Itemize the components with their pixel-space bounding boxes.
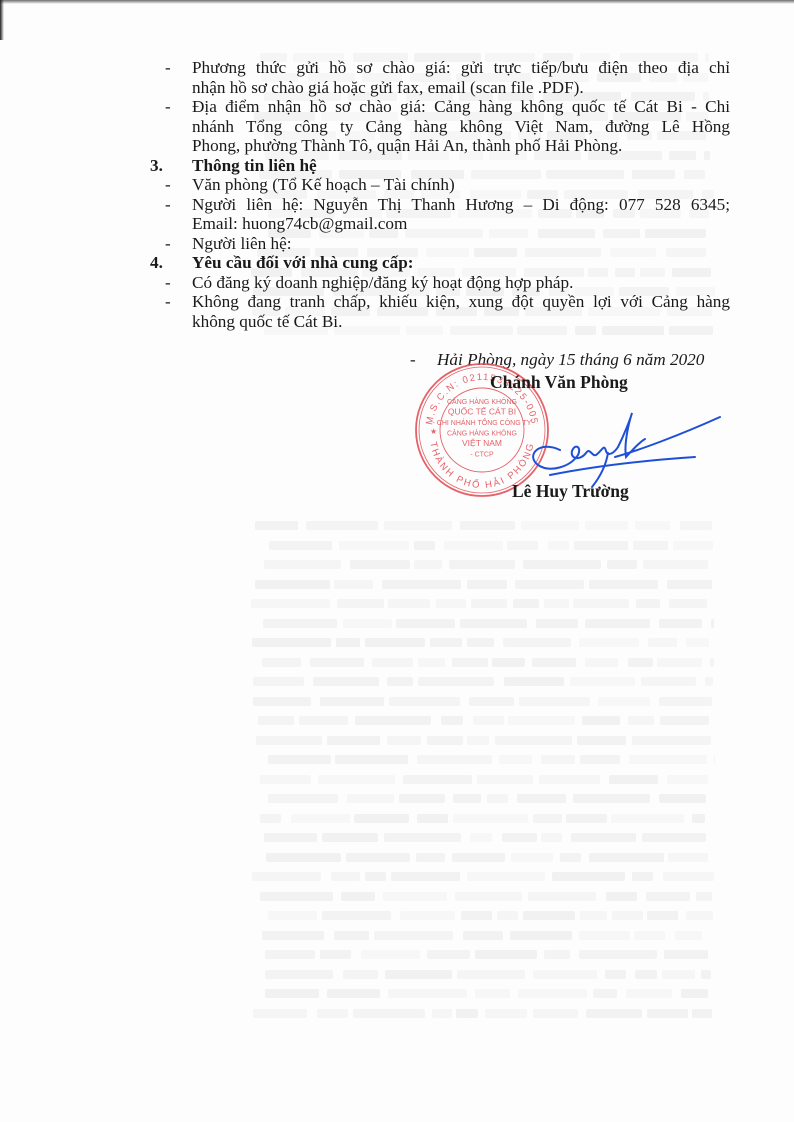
paragraph-line: Phương thức gửi hồ sơ chào giá: gửi trực… — [192, 58, 730, 78]
document-page: - Phương thức gửi hồ sơ chào giá: gửi tr… — [0, 0, 794, 1122]
bullet-mark: - — [165, 97, 171, 117]
paragraph-line: Không đang tranh chấp, khiếu kiện, xung … — [192, 292, 730, 312]
svg-text:VIỆT NAM: VIỆT NAM — [462, 438, 502, 448]
bullet-mark: - — [165, 234, 171, 254]
svg-text:CẢNG HÀNG KHÔNG: CẢNG HÀNG KHÔNG — [447, 397, 517, 406]
contact-email: Email: huong74cb@gmail.com — [192, 214, 407, 234]
bullet-mark: - — [165, 175, 171, 195]
section-heading: Thông tin liên hệ — [192, 156, 317, 176]
paragraph-line: nhánh Tổng công ty Cảng hàng không Việt … — [192, 117, 730, 137]
section-number: 3. — [150, 156, 163, 176]
bullet-mark: - — [165, 273, 171, 293]
paragraph-line: nhận hồ sơ chào giá hoặc gửi fax, email … — [192, 78, 584, 98]
paragraph-line: Người liên hệ: — [192, 234, 292, 254]
paragraph-line: Phong, phường Thành Tô, quận Hải An, thà… — [192, 136, 622, 156]
paragraph-line: Người liên hệ: Nguyễn Thị Thanh Hương – … — [192, 195, 730, 215]
section-heading: Yêu cầu đối với nhà cung cấp: — [192, 253, 414, 273]
svg-text:- CHI NHÁNH TỔNG CÔNG TY: - CHI NHÁNH TỔNG CÔNG TY — [433, 418, 532, 427]
svg-text:QUỐC TẾ CÁT BI: QUỐC TẾ CÁT BI — [448, 406, 516, 417]
svg-text:- CTCP: - CTCP — [470, 452, 494, 459]
section-number: 4. — [150, 253, 163, 273]
paragraph-line: không quốc tế Cát Bi. — [192, 312, 342, 332]
signer-position: Chánh Văn Phòng — [490, 373, 628, 393]
paragraph-line: Có đăng ký doanh nghiệp/đăng ký hoạt độn… — [192, 273, 573, 293]
bullet-mark: - — [165, 292, 171, 312]
signer-name: Lê Huy Trường — [512, 482, 629, 502]
bullet-mark: - — [165, 58, 171, 78]
handwritten-signature — [520, 395, 730, 490]
bullet-mark: - — [165, 195, 171, 215]
signature-icon — [520, 395, 730, 490]
paragraph-line: Văn phòng (Tổ Kế hoạch – Tài chính) — [192, 175, 455, 195]
svg-text:CẢNG HÀNG KHÔNG: CẢNG HÀNG KHÔNG — [447, 429, 517, 438]
paragraph-line: Địa điểm nhận hồ sơ chào giá: Cảng hàng … — [192, 97, 730, 117]
svg-text:★: ★ — [430, 427, 437, 436]
